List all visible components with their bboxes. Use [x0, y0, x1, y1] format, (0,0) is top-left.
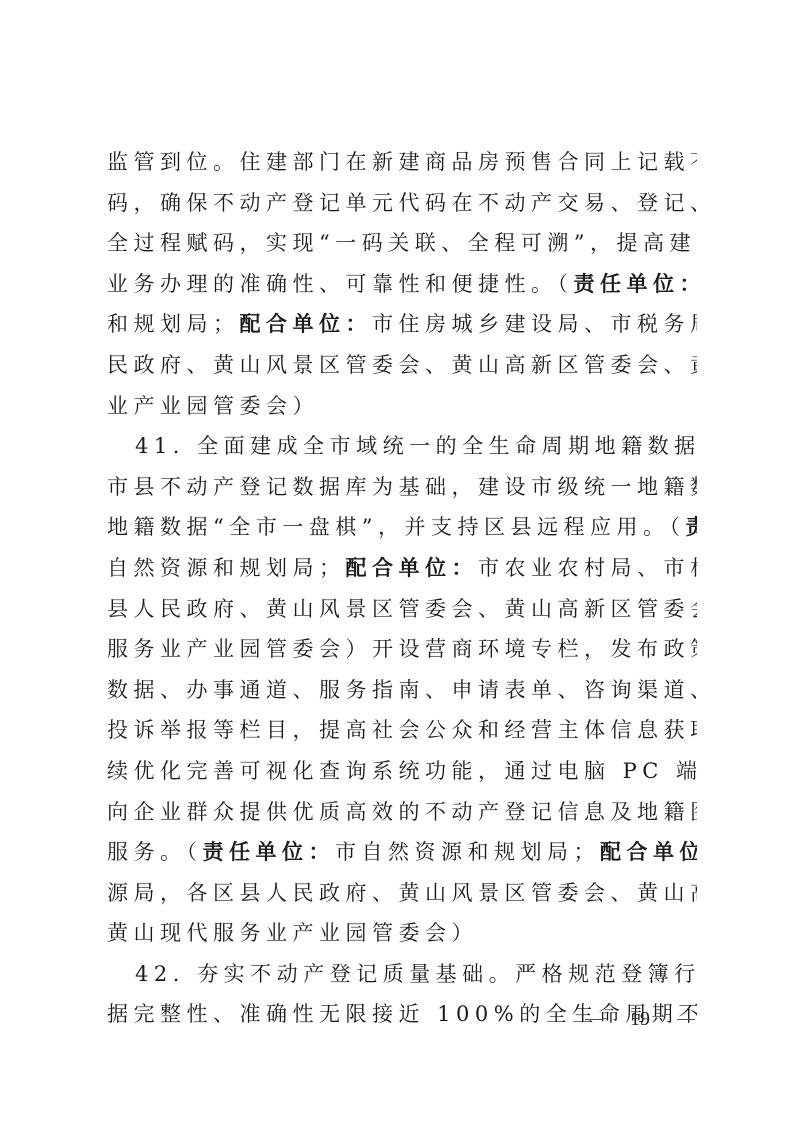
- text-segment: 市自然资源和规划局；: [335, 840, 600, 864]
- text-line: 41. 全面建成全市域统一的全生命周期地籍数据库。以统一: [107, 426, 697, 467]
- text-line: 向企业群众提供优质高效的不动产登记信息及地籍图可视化查询: [107, 792, 697, 833]
- text-line: 业产业园管委会）: [107, 386, 697, 427]
- text-line: 民政府、黄山风景区管委会、黄山高新区管委会、黄山现代服务: [107, 345, 697, 386]
- text-segment: 数据、办事通道、服务指南、申请表单、咨询渠道、意见建议、: [107, 678, 697, 702]
- text-segment: 市农业农村局、市林业局，各区: [478, 556, 697, 580]
- bold-label: 配合单位：: [346, 555, 479, 580]
- text-line: 黄山现代服务业产业园管委会）: [107, 913, 697, 954]
- right-dash: [677, 1019, 695, 1020]
- left-dash: [585, 1019, 603, 1020]
- bold-label: 责任单位：: [685, 514, 697, 539]
- text-segment: 全过程赋码，实现“一码关联、全程可溯”，提高建设项目全流程: [107, 231, 697, 255]
- text-line: 监管到位。住建部门在新建商品房预售合同上记载不动产单元代: [107, 142, 697, 183]
- text-segment: 41.: [135, 434, 197, 458]
- text-segment: 42.: [135, 962, 197, 986]
- text-segment: 和规划局；: [107, 312, 240, 336]
- text-segment: 码，确保不动产登记单元代码在不动产交易、登记、缴税各环节: [107, 191, 697, 215]
- text-line: 服务。（责任单位：市自然资源和规划局；配合单位：市数据资: [107, 832, 697, 873]
- bold-label: 责任单位：: [574, 271, 698, 296]
- text-line: 县人民政府、黄山风景区管委会、黄山高新区管委会、黄山现代: [107, 589, 697, 630]
- item-heading: 全面建成全市域统一的全生命周期地籍数据库。: [197, 434, 697, 458]
- text-segment: 监管到位。住建部门在新建商品房预售合同上记载不动产单元代: [107, 150, 697, 174]
- text-line: 地籍数据“全市一盘棋”，并支持区县远程应用。（责任单位：市: [107, 507, 697, 548]
- text-line: 业务办理的准确性、可靠性和便捷性。（责任单位：市自然资源: [107, 264, 697, 305]
- page-number: 19: [630, 1008, 650, 1031]
- item-heading: 夯实不动产登记质量基础。: [197, 962, 515, 986]
- text-segment: 市县不动产登记数据库为基础，建设市级统一地籍数据库，实现: [107, 475, 697, 499]
- text-line: 投诉举报等栏目，提高社会公众和经营主体信息获取便利度。持: [107, 710, 697, 751]
- text-line: 码，确保不动产登记单元代码在不动产交易、登记、缴税各环节: [107, 183, 697, 224]
- text-segment: 县人民政府、黄山风景区管委会、黄山高新区管委会、黄山现代: [107, 597, 697, 621]
- text-line: 42. 夯实不动产登记质量基础。严格规范登簿行为，构建数: [107, 954, 697, 995]
- text-line: 数据、办事通道、服务指南、申请表单、咨询渠道、意见建议、: [107, 670, 697, 711]
- text-segment: 业产业园管委会）: [107, 394, 319, 418]
- text-segment: 民政府、黄山风景区管委会、黄山高新区管委会、黄山现代服务: [107, 353, 697, 377]
- text-line: 自然资源和规划局；配合单位：市农业农村局、市林业局，各区: [107, 548, 697, 589]
- bold-label: 配合单位：: [600, 839, 697, 864]
- document-page: 监管到位。住建部门在新建商品房预售合同上记载不动产单元代码，确保不动产登记单元代…: [0, 0, 793, 1122]
- text-line: 服务业产业园管委会）开设营商环境专栏，发布政策法规、办理: [107, 629, 697, 670]
- text-line: 续优化完善可视化查询系统功能，通过电脑 PC 端或手机 APP 端: [107, 751, 697, 792]
- text-segment: 源局，各区县人民政府、黄山风景区管委会、黄山高新区管委会、: [107, 881, 697, 905]
- text-segment: 服务。（: [107, 840, 203, 864]
- text-line: 市县不动产登记数据库为基础，建设市级统一地籍数据库，实现: [107, 467, 697, 508]
- text-segment: 自然资源和规划局；: [107, 556, 346, 580]
- text-line: 全过程赋码，实现“一码关联、全程可溯”，提高建设项目全流程: [107, 223, 697, 264]
- text-segment: 业务办理的准确性、可靠性和便捷性。（: [107, 272, 574, 296]
- text-segment: 市住房城乡建设局、市税务局，各区县人: [372, 312, 697, 336]
- body-text: 监管到位。住建部门在新建商品房预售合同上记载不动产单元代码，确保不动产登记单元代…: [107, 142, 697, 1035]
- text-line: 和规划局；配合单位：市住房城乡建设局、市税务局，各区县人: [107, 304, 697, 345]
- text-segment: 投诉举报等栏目，提高社会公众和经营主体信息获取便利度。持: [107, 718, 697, 742]
- text-segment: 服务业产业园管委会）开设营商环境专栏，发布政策法规、办理: [107, 637, 697, 661]
- text-segment: 向企业群众提供优质高效的不动产登记信息及地籍图可视化查询: [107, 800, 697, 824]
- bold-label: 责任单位：: [203, 839, 336, 864]
- text-segment: 续优化完善可视化查询系统功能，通过电脑 PC 端或手机 APP 端: [107, 759, 697, 783]
- text-segment: 严格规范登簿行为，构建数: [515, 962, 697, 986]
- page-footer: 19: [585, 1008, 695, 1031]
- text-segment: 黄山现代服务业产业园管委会）: [107, 921, 478, 945]
- bold-label: 配合单位：: [240, 311, 373, 336]
- text-segment: 地籍数据“全市一盘棋”，并支持区县远程应用。（: [107, 515, 685, 539]
- text-line: 源局，各区县人民政府、黄山风景区管委会、黄山高新区管委会、: [107, 873, 697, 914]
